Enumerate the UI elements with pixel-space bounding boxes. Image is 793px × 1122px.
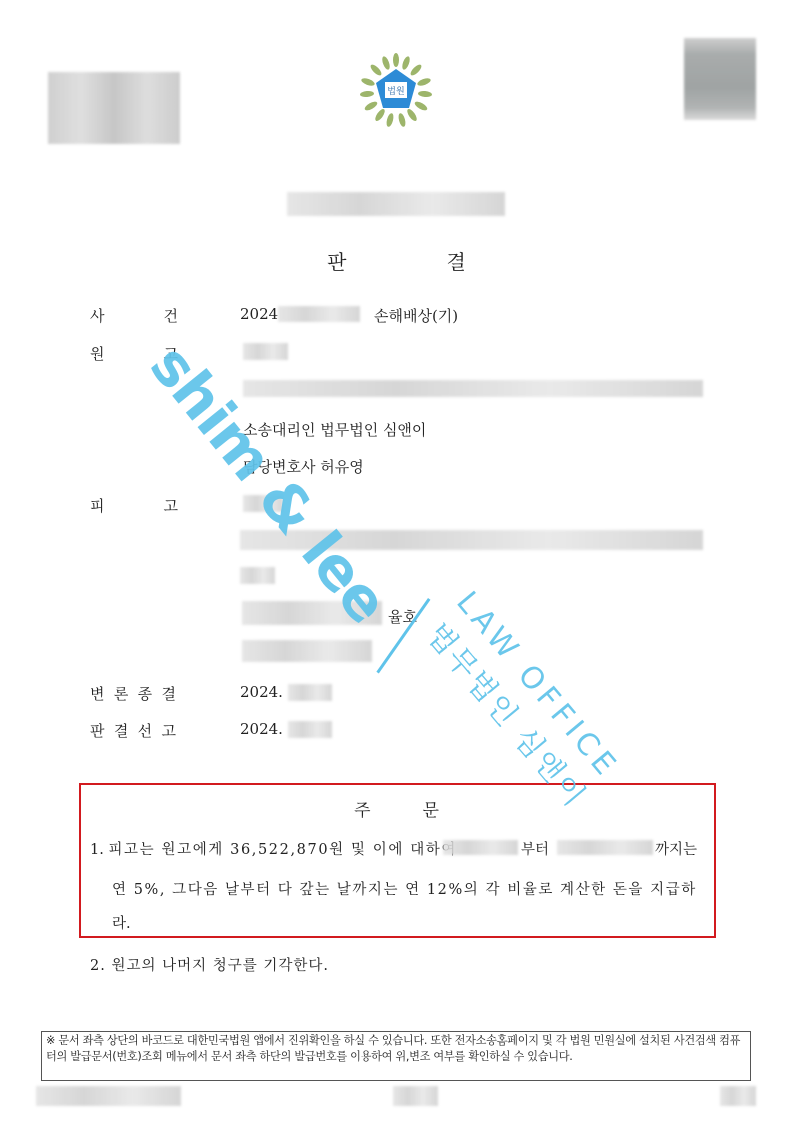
closing-date-label: 변론종결	[90, 683, 176, 704]
redacted-page-number	[393, 1086, 438, 1106]
redacted-verdict-date	[288, 721, 332, 738]
verification-notice: ※ 문서 좌측 상단의 바코드로 대한민국법원 앱에서 진위확인을 하실 수 있…	[41, 1031, 751, 1081]
case-number-prefix: 2024	[240, 305, 278, 323]
order-item-1-line-2: 연 5%, 그다음 날부터 다 갚는 날까지는 연 12%의 각 비율로 계산한…	[112, 878, 697, 899]
case-name: 손해배상(기)	[374, 305, 458, 326]
order-item-2: 2. 원고의 나머지 청구를 기각한다.	[90, 954, 329, 975]
redacted-court-name	[287, 192, 505, 216]
court-emblem-icon: 법원	[358, 52, 434, 128]
redacted-defendant-detail	[240, 567, 275, 584]
redacted-footer-right	[720, 1086, 756, 1106]
redacted-qr-code	[684, 38, 756, 120]
redacted-defendant-lawyer	[242, 640, 372, 662]
redacted-issue-number	[36, 1086, 181, 1106]
defendant-label: 피고	[90, 495, 178, 516]
redacted-barcode	[48, 72, 180, 144]
document-title: 판결	[0, 246, 793, 275]
verdict-date-prefix: 2024.	[240, 720, 283, 738]
order-item-1-line-3: 라.	[112, 912, 131, 933]
case-label: 사건	[90, 305, 178, 326]
redacted-closing-date	[288, 684, 332, 701]
redacted-plaintiff-name	[243, 343, 288, 360]
redacted-start-date	[443, 840, 518, 855]
redacted-end-date	[557, 840, 653, 855]
order-item-1-from: 부터	[521, 838, 549, 859]
redacted-plaintiff-address	[243, 380, 703, 397]
order-title: 주문	[0, 796, 793, 821]
closing-date-prefix: 2024.	[240, 683, 283, 701]
order-item-1-until: 까지는	[655, 838, 697, 859]
watermark-brand: shim & lee	[137, 332, 401, 636]
verdict-date-label: 판결선고	[90, 720, 176, 741]
order-item-1-line-1: 1. 피고는 원고에게 36,522,870원 및 이에 대하여	[90, 838, 457, 859]
redacted-case-number	[278, 306, 360, 322]
svg-text:법원: 법원	[387, 85, 404, 97]
